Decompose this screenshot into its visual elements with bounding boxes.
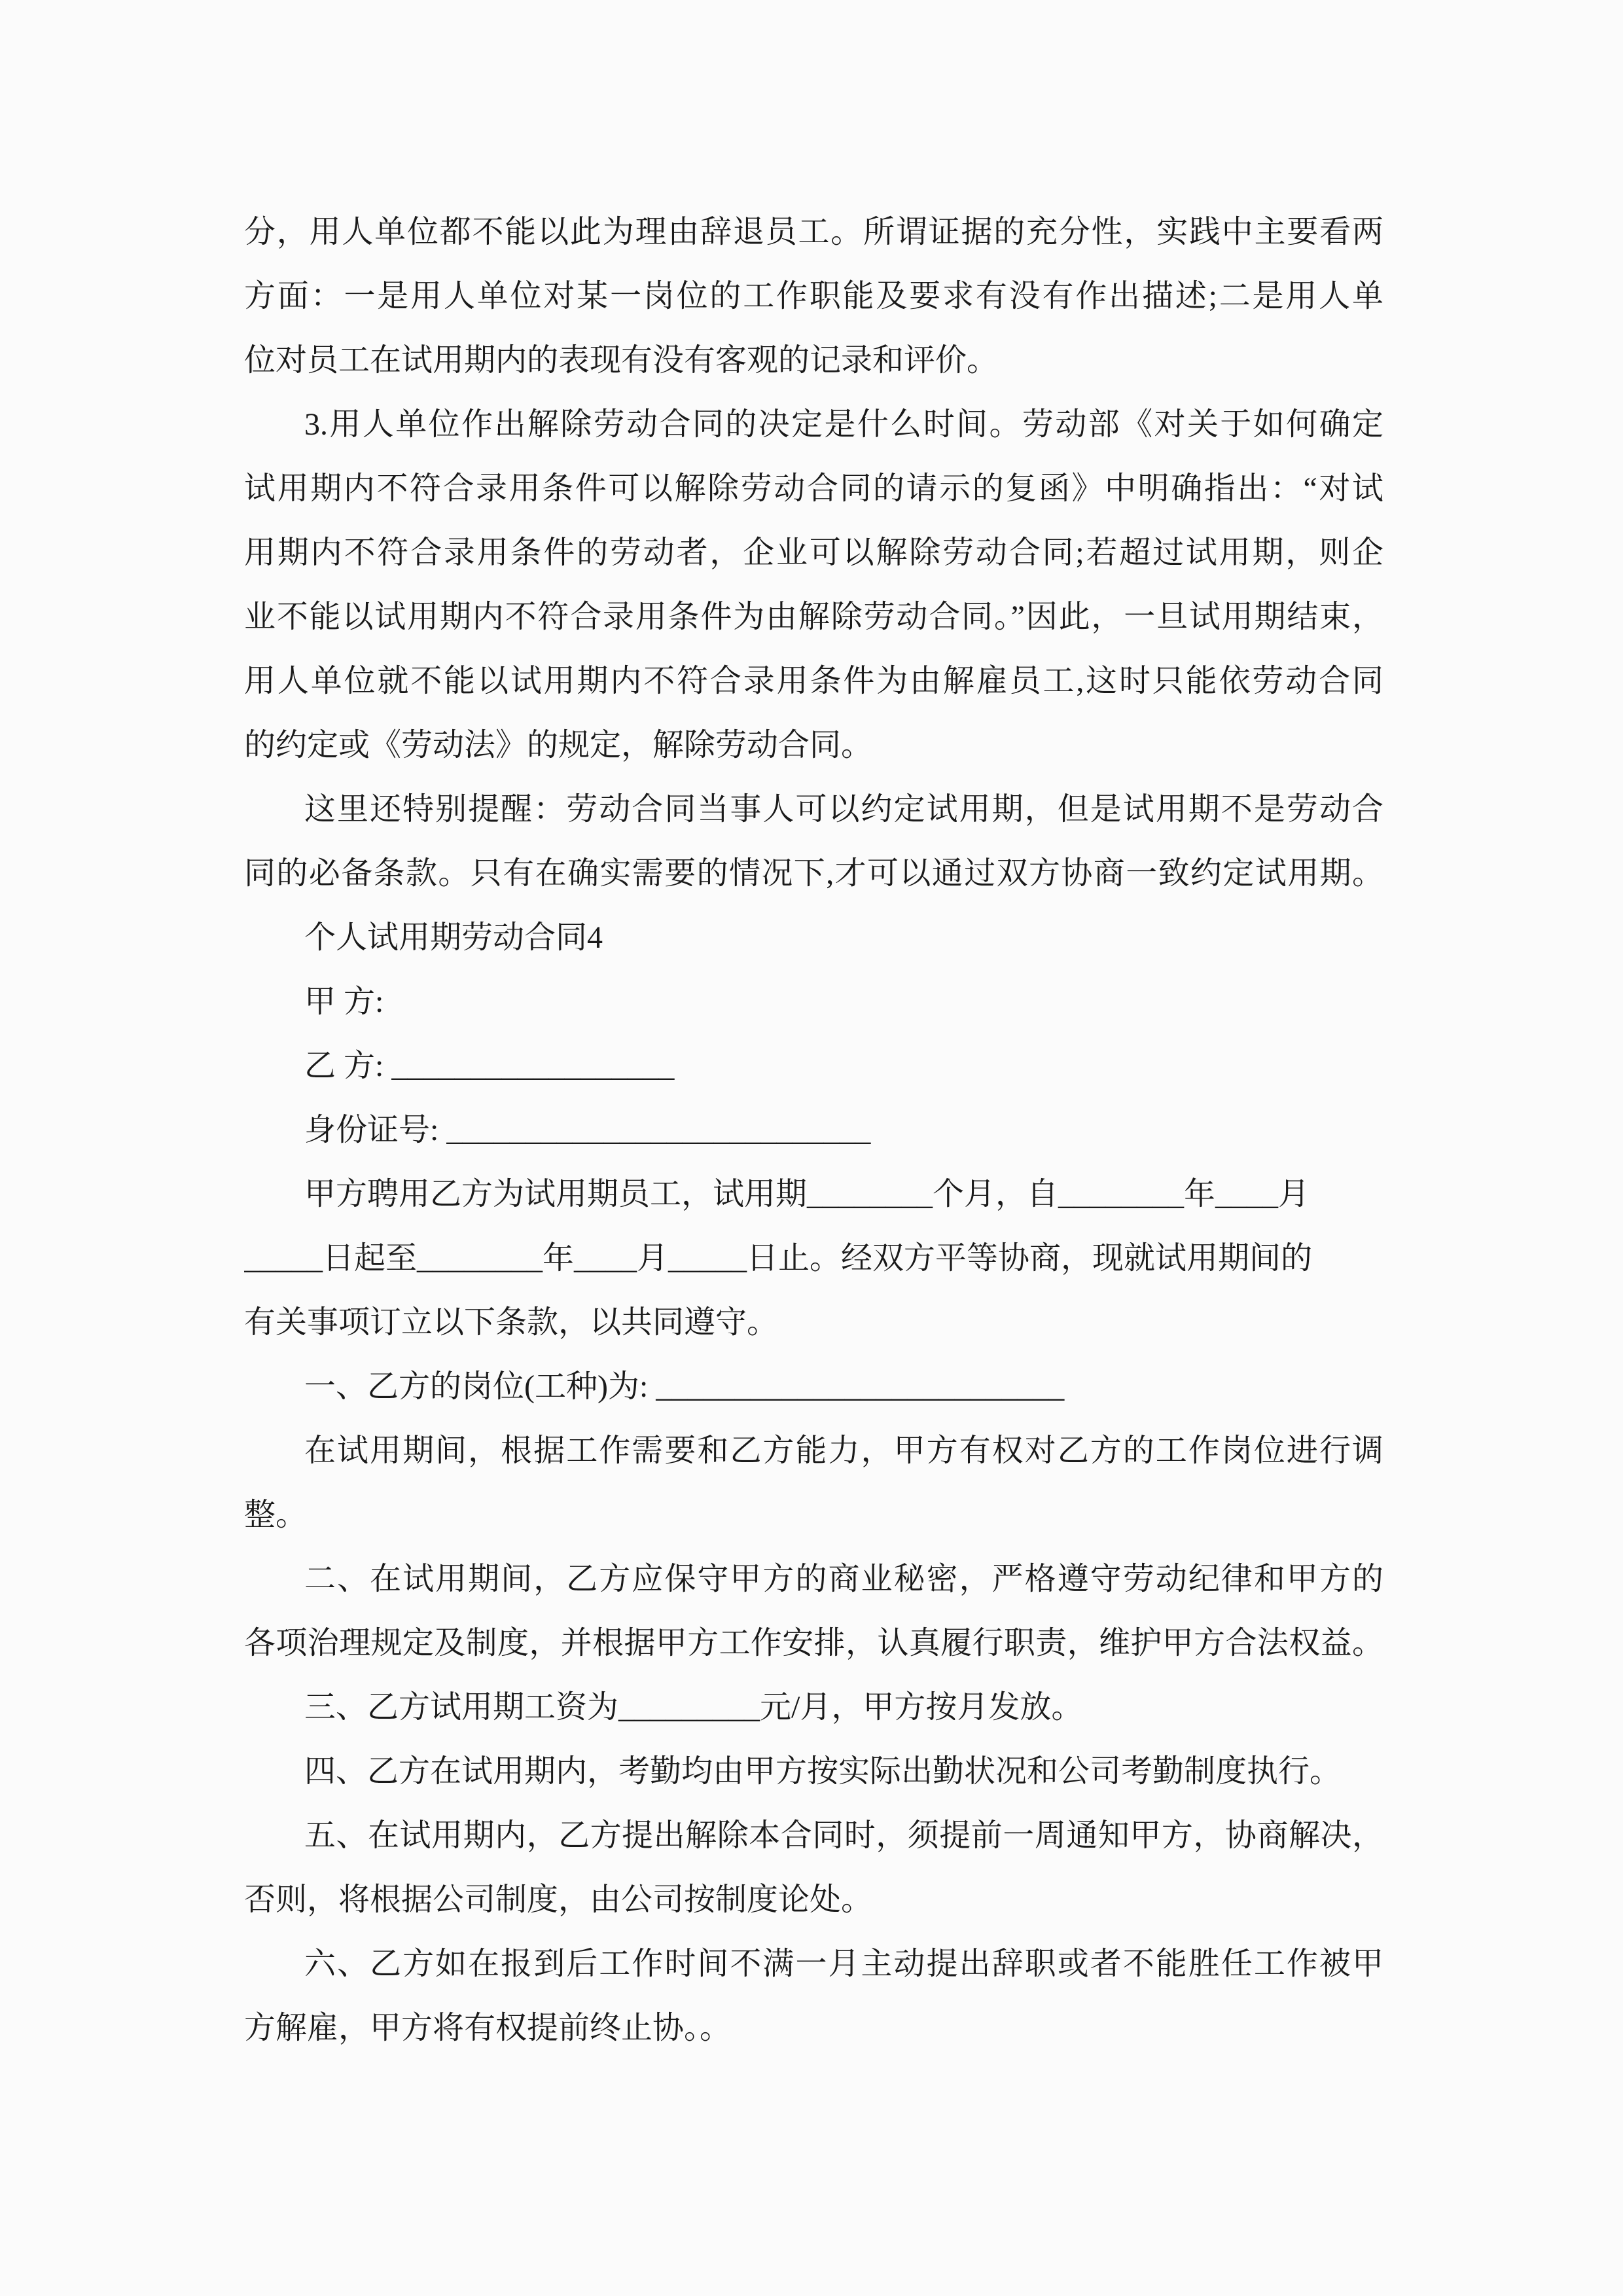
text-line: 用人单位就不能以试用期内不符合录用条件为由解雇员工,这时只能依劳动合同 — [244, 649, 1383, 713]
text-line: 三、乙方试用期工资为_________元/月，甲方按月发放。 — [244, 1676, 1383, 1740]
text-line: 甲 方: — [244, 970, 1383, 1034]
text-line: 各项治理规定及制度，并根据甲方工作安排，认真履行职责，维护甲方合法权益。 — [244, 1611, 1383, 1676]
text-line: 用期内不符合录用条件的劳动者，企业可以解除劳动合同;若超过试用期，则企 — [244, 521, 1383, 585]
text-line: _____日起至________年____月_____日止。经双方平等协商，现就… — [244, 1227, 1383, 1291]
text-line: 四、乙方在试用期内，考勤均由甲方按实际出勤状况和公司考勤制度执行。 — [244, 1740, 1383, 1804]
text-line: 身份证号: ___________________________ — [244, 1098, 1383, 1162]
text-line: 乙 方: __________________ — [244, 1034, 1383, 1098]
text-line: 五、在试用期内，乙方提出解除本合同时，须提前一周通知甲方，协商解决， — [244, 1804, 1383, 1868]
text-line: 六、乙方如在报到后工作时间不满一月主动提出辞职或者不能胜任工作被甲 — [244, 1932, 1383, 1996]
text-line: 二、在试用期间，乙方应保守甲方的商业秘密，严格遵守劳动纪律和甲方的 — [244, 1547, 1383, 1611]
document-body: 分，用人单位都不能以此为理由辞退员工。所谓证据的充分性，实践中主要看两方面：一是… — [244, 200, 1383, 2060]
text-line: 这里还特别提醒：劳动合同当事人可以约定试用期，但是试用期不是劳动合 — [244, 778, 1383, 842]
text-line: 位对员工在试用期内的表现有没有客观的记录和评价。 — [244, 329, 1383, 393]
text-line: 整。 — [244, 1483, 1383, 1547]
text-line: 同的必备条款。只有在确实需要的情况下,才可以通过双方协商一致约定试用期。 — [244, 842, 1383, 906]
text-line: 3.用人单位作出解除劳动合同的决定是什么时间。劳动部《对关于如何确定 — [244, 393, 1383, 457]
text-line: 个人试用期劳动合同4 — [244, 906, 1383, 970]
text-line: 方解雇，甲方将有权提前终止协。。 — [244, 1996, 1383, 2060]
text-line: 否则，将根据公司制度，由公司按制度论处。 — [244, 1868, 1383, 1932]
text-line: 方面：一是用人单位对某一岗位的工作职能及要求有没有作出描述;二是用人单 — [244, 264, 1383, 329]
text-line: 一、乙方的岗位(工种)为: __________________________ — [244, 1355, 1383, 1419]
document-page: 分，用人单位都不能以此为理由辞退员工。所谓证据的充分性，实践中主要看两方面：一是… — [0, 0, 1623, 2296]
text-line: 分，用人单位都不能以此为理由辞退员工。所谓证据的充分性，实践中主要看两 — [244, 200, 1383, 264]
text-line: 甲方聘用乙方为试用期员工，试用期________个月，自________年___… — [244, 1162, 1383, 1227]
text-line: 在试用期间，根据工作需要和乙方能力，甲方有权对乙方的工作岗位进行调 — [244, 1419, 1383, 1483]
text-line: 业不能以试用期内不符合录用条件为由解除劳动合同。”因此，一旦试用期结束， — [244, 585, 1383, 649]
text-line: 的约定或《劳动法》的规定，解除劳动合同。 — [244, 713, 1383, 778]
text-line: 有关事项订立以下条款，以共同遵守。 — [244, 1291, 1383, 1355]
text-line: 试用期内不符合录用条件可以解除劳动合同的请示的复函》中明确指出：“对试 — [244, 457, 1383, 521]
